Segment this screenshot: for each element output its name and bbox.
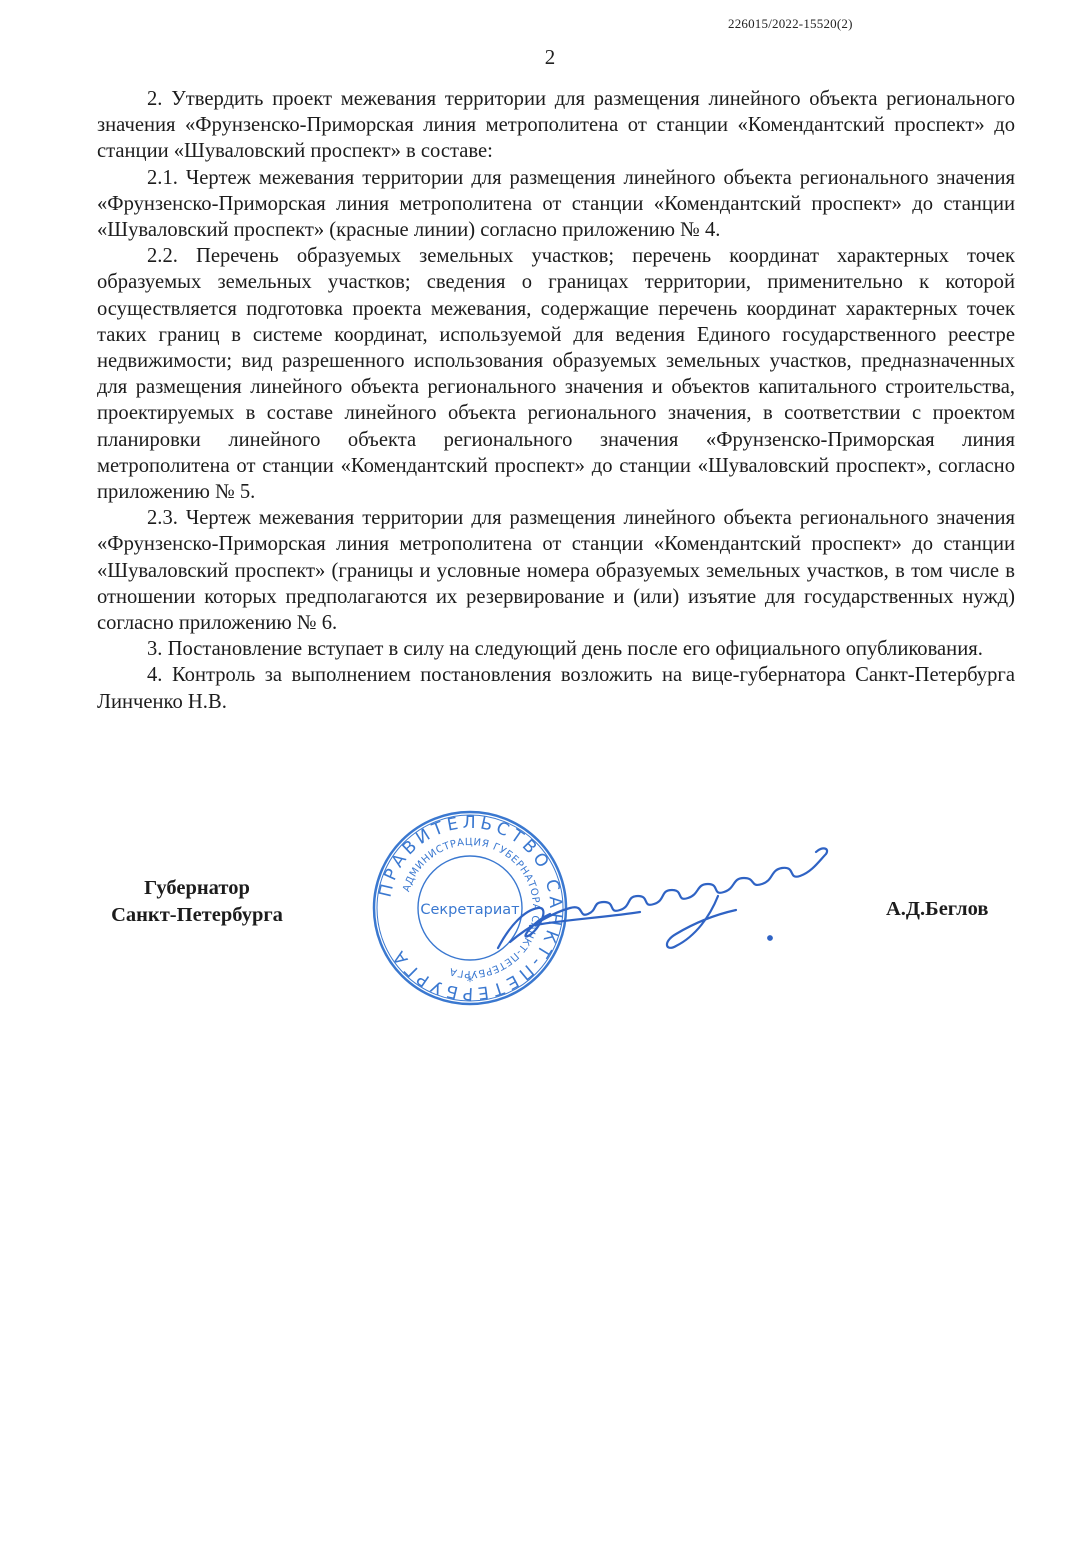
paragraph-2-2: 2.2. Перечень образуемых земельных участ… <box>97 243 1015 505</box>
handwritten-signature-icon <box>470 830 840 960</box>
svg-text:*: * <box>467 975 474 990</box>
paragraph-2-1: 2.1. Чертеж межевания территории для раз… <box>97 165 1015 244</box>
paragraph-2: 2. Утвердить проект межевания территории… <box>97 86 1015 165</box>
document-body: 2. Утвердить проект межевания территории… <box>97 86 1015 715</box>
signatory-title: Губернатор Санкт-Петербурга <box>97 875 297 929</box>
page-number: 2 <box>0 45 1080 70</box>
signatory-name: А.Д.Беглов <box>886 898 988 921</box>
signatory-title-line2: Санкт-Петербурга <box>97 902 297 929</box>
paragraph-2-3: 2.3. Чертеж межевания территории для раз… <box>97 505 1015 636</box>
paragraph-4: 4. Контроль за выполнением постановления… <box>97 662 1015 714</box>
signatory-title-line1: Губернатор <box>97 875 297 902</box>
paragraph-3: 3. Постановление вступает в силу на след… <box>97 636 1015 662</box>
signature-block: Губернатор Санкт-Петербурга ПРАВИТЕЛЬСТВ… <box>0 800 1080 1020</box>
doc-number: 226015/2022-15520(2) <box>728 16 853 32</box>
